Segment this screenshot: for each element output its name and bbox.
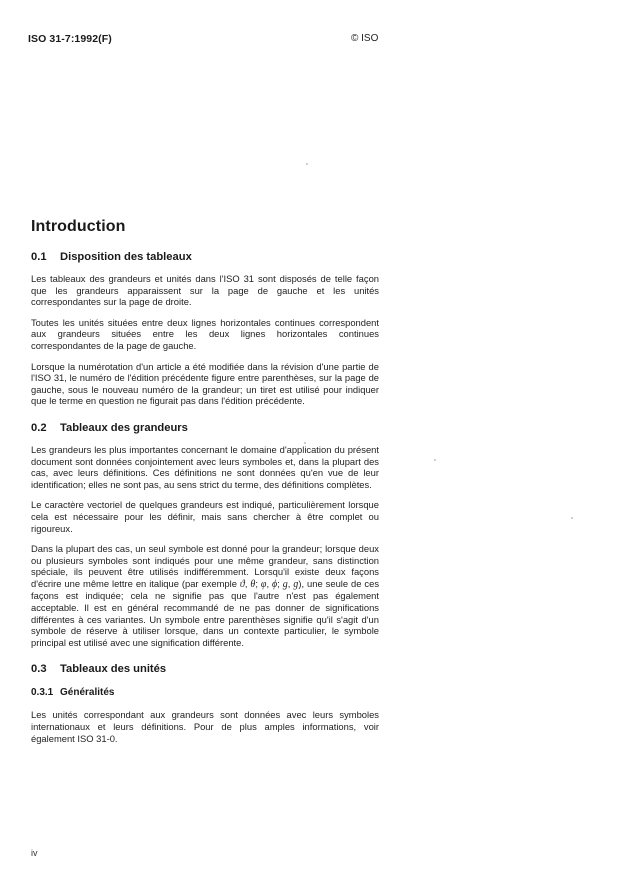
section-heading-0-1: 0.1Disposition des tableaux [31,250,379,264]
subsection-heading-0-3-1: 0.3.1Généralités [31,686,379,699]
subsection-number: 0.3.1 [31,686,60,699]
scan-artifact [306,163,308,165]
page-number: iv [31,848,38,858]
document-identifier: ISO 31-7:1992(F) [28,33,112,45]
section-heading-0-2: 0.2Tableaux des grandeurs [31,421,379,435]
section-heading-0-3: 0.3Tableaux des unités [31,662,379,676]
section-title: Tableaux des unités [60,663,166,675]
subsection-title: Généralités [60,687,114,698]
section-number: 0.1 [31,250,60,264]
section-number: 0.3 [31,662,60,676]
copyright-notice: © ISO [351,33,378,44]
document-body: Introduction 0.1Disposition des tableaux… [31,217,379,744]
section-title: Tableaux des grandeurs [60,422,188,434]
introduction-title: Introduction [31,217,379,237]
paragraph: Les grandeurs les plus importantes conce… [31,444,379,490]
page-header: ISO 31-7:1992(F) © ISO [28,33,380,47]
paragraph: Le caractère vectoriel de quelques grand… [31,499,379,534]
section-number: 0.2 [31,421,60,435]
scan-artifact [434,459,436,461]
paragraph: Les tableaux des grandeurs et unités dan… [31,273,379,308]
section-title: Disposition des tableaux [60,251,192,263]
paragraph: Lorsque la numérotation d'un article a é… [31,361,379,407]
scan-artifact [571,517,573,519]
paragraph: Toutes les unités situées entre deux lig… [31,317,379,352]
paragraph-symbols: Dans la plupart des cas, un seul symbole… [31,543,379,648]
paragraph: Les unités correspondant aux grandeurs s… [31,709,379,744]
